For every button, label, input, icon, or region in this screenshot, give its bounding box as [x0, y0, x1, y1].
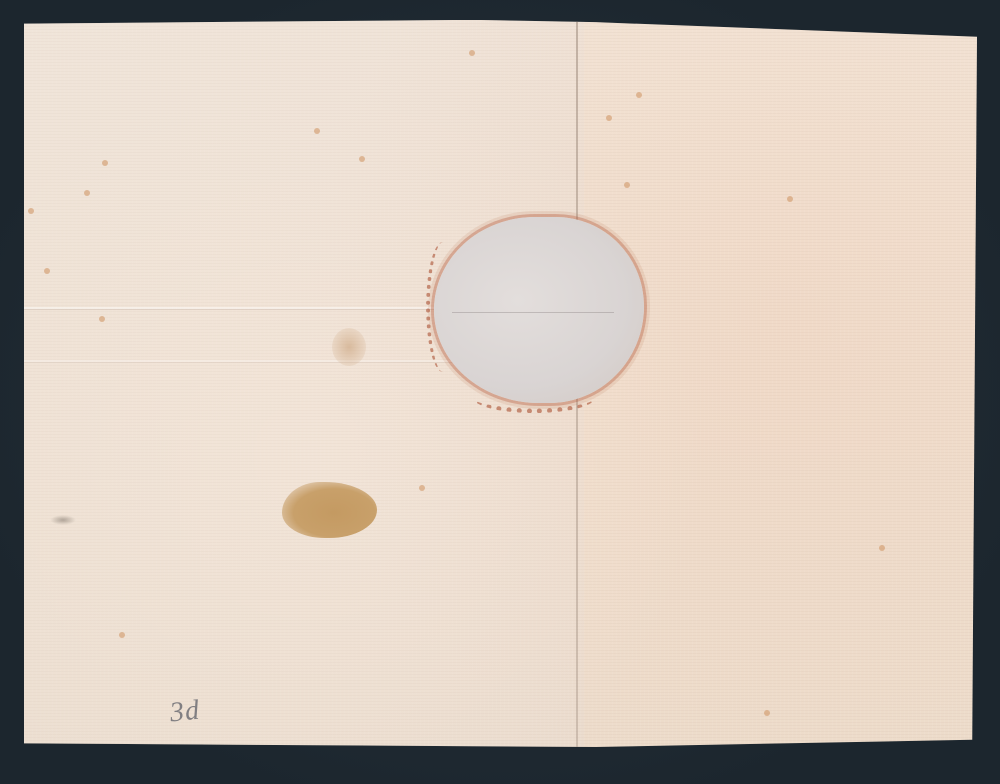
- foxing-spot: [44, 268, 50, 274]
- foxing-spot: [419, 485, 425, 491]
- foxing-spot: [119, 632, 125, 638]
- wax-residue: [426, 242, 460, 372]
- foxing-spot: [102, 160, 108, 166]
- foxing-spot: [84, 190, 90, 196]
- foxing-spot: [606, 115, 612, 121]
- foxing-spot: [787, 196, 793, 202]
- broken-wafer-seal: [434, 217, 644, 403]
- ink-smudge: [50, 515, 76, 525]
- brown-stain: [282, 482, 377, 538]
- foxing-spot: [624, 182, 630, 188]
- foxing-spot: [636, 92, 642, 98]
- wax-residue: [474, 384, 594, 413]
- seal-crease: [452, 312, 614, 313]
- faint-stain: [332, 328, 366, 366]
- foxing-spot: [28, 208, 34, 214]
- foxing-spot: [879, 545, 885, 551]
- foxing-spot: [764, 710, 770, 716]
- folded-letter: 3d: [24, 20, 977, 747]
- pencil-notation: 3d: [168, 695, 201, 730]
- foxing-spot: [99, 316, 105, 322]
- foxing-spot: [314, 128, 320, 134]
- foxing-spot: [469, 50, 475, 56]
- foxing-spot: [359, 156, 365, 162]
